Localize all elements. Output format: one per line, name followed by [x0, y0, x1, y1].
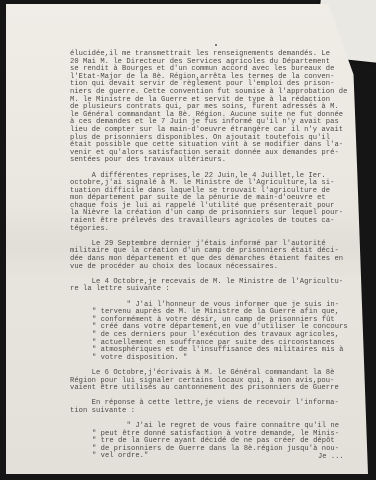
- text-line: tion suivante :: [70, 408, 360, 416]
- paragraph: Le 4 Octobre,je recevais de M. le Minist…: [70, 279, 360, 294]
- quoted-letter: " J'ai le regret de vous faire connaître…: [70, 423, 360, 461]
- paragraph: élucidée,il me transmettrait les renseig…: [70, 51, 360, 165]
- text-line: " votre disposition. ": [92, 355, 360, 363]
- text-line: tégories.: [70, 226, 360, 234]
- page-continuation-marker: Je ...: [318, 453, 344, 461]
- text-line: vaient être utilisés au cantonnement des…: [70, 385, 360, 393]
- paragraph: Le 6 Octobre,j'écrivais à M. le Général …: [70, 370, 360, 393]
- paragraph: Le 29 Septembre dernier j'étais informé …: [70, 241, 360, 271]
- paragraph: En réponse à cette lettre,je viens de re…: [70, 400, 360, 415]
- text-line: sentées pour des travaux ultérieurs.: [70, 157, 360, 165]
- text-line: vue de procéder au choix des locaux néce…: [70, 264, 360, 272]
- scan-background: élucidée,il me transmettrait les renseig…: [0, 0, 376, 480]
- quoted-letter: " J'ai l'honneur de vous informer que je…: [70, 302, 360, 363]
- paragraph: A différentes reprises,le 22 Juin,le 4 J…: [70, 173, 360, 234]
- document-body: élucidée,il me transmettrait les renseig…: [70, 51, 360, 461]
- text-line: re la lettre suivante :: [70, 286, 360, 294]
- text-line: raient être prélevés des travailleurs ag…: [70, 218, 360, 226]
- ink-speck: [215, 44, 217, 46]
